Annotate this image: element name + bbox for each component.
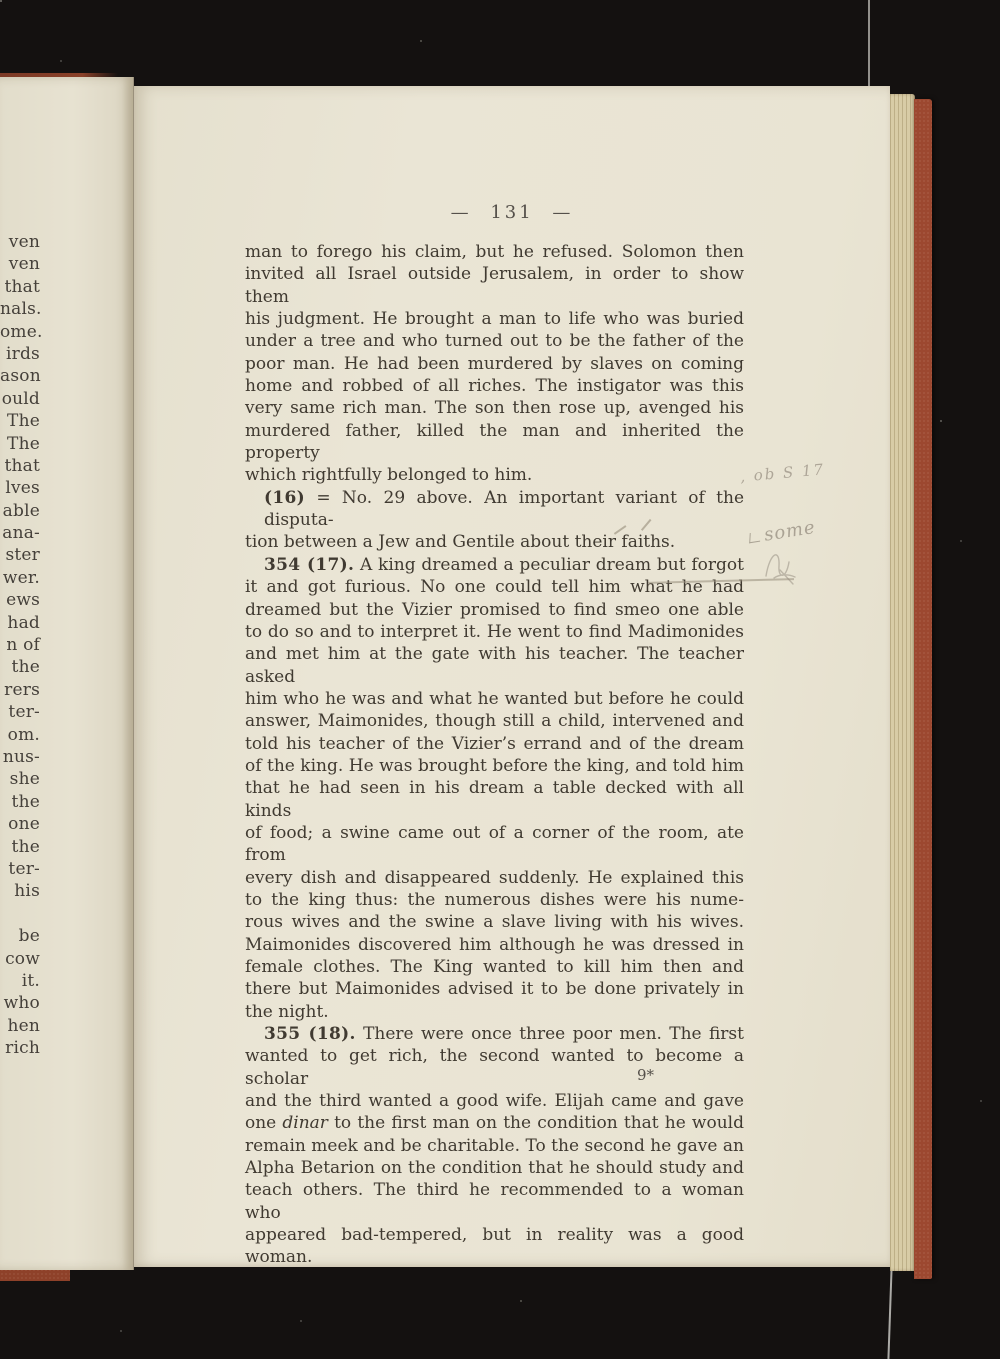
text-line: of food; a swine came out of a corner of… xyxy=(245,822,744,867)
facing-page-fragment: she xyxy=(0,768,40,790)
facing-page-text-fragments: venventhatnals.ome.irdsasonouldTheThetha… xyxy=(0,231,40,1059)
text-line: female clothes. The King wanted to kill … xyxy=(245,956,744,978)
text-line: (16) = No. 29 above. An important varian… xyxy=(245,487,744,532)
facing-page-fragment: that xyxy=(0,276,40,298)
text-line: the night. xyxy=(245,1001,744,1023)
facing-page-fragment: the xyxy=(0,791,40,813)
dust-specks xyxy=(0,0,2,2)
facing-page-fragment: ana- xyxy=(0,522,40,544)
facing-page-fragment: ews xyxy=(0,589,40,611)
text-line: teach others. The third he recommended t… xyxy=(245,1179,744,1224)
page-number: — 131 — xyxy=(134,202,890,223)
text-line: one dinar to the first man on the condit… xyxy=(245,1112,744,1134)
text-line: Alpha Betarion on the condition that he … xyxy=(245,1157,744,1179)
text-line: rous wives and the swine a slave living … xyxy=(245,911,744,933)
facing-page-fragment: wer. xyxy=(0,567,40,589)
text-line: under a tree and who turned out to be th… xyxy=(245,330,744,352)
text-line: very same rich man. The son then rose up… xyxy=(245,397,744,419)
insertion-caret-mark xyxy=(749,531,760,543)
facing-page-fragment: om. xyxy=(0,724,40,746)
text-line: his judgment. He brought a man to life w… xyxy=(245,308,744,330)
book-page-edges xyxy=(890,94,915,1271)
facing-page-fragment: nus- xyxy=(0,746,40,768)
text-line: poor man. He had been murdered by slaves… xyxy=(245,353,744,375)
facing-page-fragment: ome. xyxy=(0,321,40,343)
facing-page-fragment: ter- xyxy=(0,701,40,723)
text-line: home and robbed of all riches. The insti… xyxy=(245,375,744,397)
facing-page-fragment: ter- xyxy=(0,858,40,880)
facing-page-fragment: rich xyxy=(0,1037,40,1059)
facing-page-fragment: one xyxy=(0,813,40,835)
text-line: it and got furious. No one could tell hi… xyxy=(245,576,744,598)
facing-page-fragment: ven xyxy=(0,231,40,253)
hanging-thread-bottom xyxy=(887,1268,892,1359)
text-line: invited all Israel outside Jerusalem, in… xyxy=(245,263,744,308)
facing-page-fragment: ould xyxy=(0,388,40,410)
text-line: there but Maimonides advised it to be do… xyxy=(245,978,744,1000)
text-line: man to forego his claim, but he refused.… xyxy=(245,241,744,263)
text-line: appeared bad-tempered, but in reality wa… xyxy=(245,1224,744,1269)
facing-page-fragment: nals. xyxy=(0,298,40,320)
text-line: to the king thus: the numerous dishes we… xyxy=(245,889,744,911)
facing-page-fragment: able xyxy=(0,500,40,522)
facing-page-fragment: rers xyxy=(0,679,40,701)
text-line: wanted to get rich, the second wanted to… xyxy=(245,1045,744,1090)
pencil-margin-note-top: , ob S 17 xyxy=(739,460,825,485)
text-line: and the third wanted a good wife. Elijah… xyxy=(245,1090,744,1112)
pencil-correction-word: some xyxy=(763,517,817,546)
facing-page-fragment: his xyxy=(0,880,40,902)
text-line: murdered father, killed the man and inhe… xyxy=(245,420,744,465)
text-line: answer, Maimonides, though still a child… xyxy=(245,710,744,732)
text-line: tion between a Jew and Gentile about the… xyxy=(245,531,744,553)
facing-page-fragment: it. xyxy=(0,970,40,992)
facing-page-fragment: be xyxy=(0,925,40,947)
facing-page-fragment: the xyxy=(0,836,40,858)
text-line: of the king. He was brought before the k… xyxy=(245,755,744,777)
hanging-thread-top xyxy=(868,0,870,89)
text-line: told his teacher of the Vizier’s errand … xyxy=(245,733,744,755)
facing-page-fragment: ven xyxy=(0,253,40,275)
facing-page-fragment: hen xyxy=(0,1015,40,1037)
book-page: — 131 — man to forego his claim, but he … xyxy=(134,86,890,1267)
text-line: 355 (18). There were once three poor men… xyxy=(245,1023,744,1045)
text-line: 354 (17). A king dreamed a peculiar drea… xyxy=(245,554,744,576)
facing-page-fragment: The xyxy=(0,433,40,455)
facing-page-fragment: The xyxy=(0,410,40,432)
facing-page-fragment xyxy=(0,903,40,925)
text-line: dreamed but the Vizier promised to find … xyxy=(245,599,744,621)
facing-page-fragment: lves xyxy=(0,477,40,499)
text-line: that he had seen in his dream a table de… xyxy=(245,777,744,822)
page-text-block: man to forego his claim, but he refused.… xyxy=(245,241,744,1269)
facing-page-fragment: that xyxy=(0,455,40,477)
text-line: which rightfully belonged to him. xyxy=(245,464,744,486)
text-line: and met him at the gate with his teacher… xyxy=(245,643,744,688)
facing-page-fragment: irds xyxy=(0,343,40,365)
signature-mark: 9* xyxy=(637,1066,654,1084)
facing-page-fragment: who xyxy=(0,992,40,1014)
text-line: Maimonides discovered him although he wa… xyxy=(245,934,744,956)
facing-page-fragment: ason xyxy=(0,365,40,387)
book-cover-board xyxy=(914,99,932,1279)
text-line: every dish and disappeared suddenly. He … xyxy=(245,867,744,889)
text-line: remain meek and be charitable. To the se… xyxy=(245,1135,744,1157)
facing-page-sliver: venventhatnals.ome.irdsasonouldTheThetha… xyxy=(0,77,134,1270)
text-line: to do so and to interpret it. He went to… xyxy=(245,621,744,643)
facing-page-fragment: cow xyxy=(0,948,40,970)
facing-page-fragment: had xyxy=(0,612,40,634)
text-line: him who he was and what he wanted but be… xyxy=(245,688,744,710)
facing-page-fragment: the xyxy=(0,656,40,678)
facing-page-fragment: ster xyxy=(0,544,40,566)
facing-page-fragment: n of xyxy=(0,634,40,656)
